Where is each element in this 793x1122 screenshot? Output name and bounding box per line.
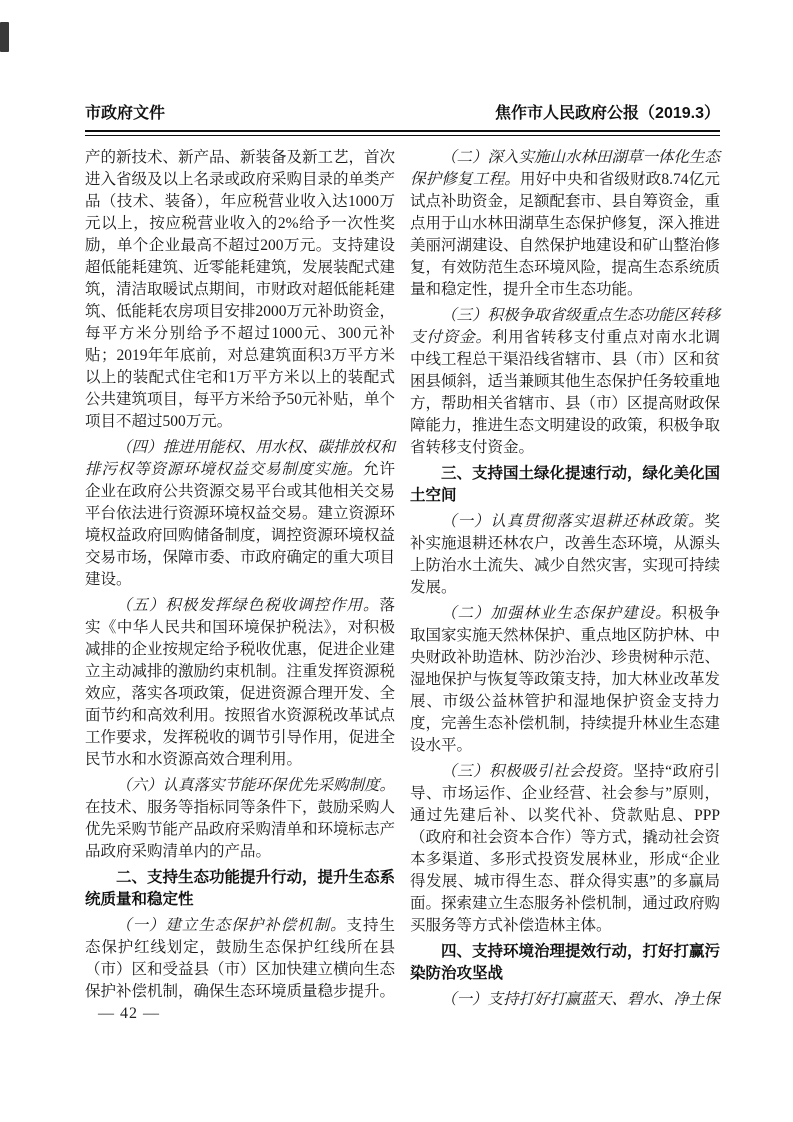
paragraph: （三）积极争取省级重点生态功能区转移支付资金。利用省转移支付重点对南水北调中线工… <box>410 305 720 459</box>
text-column-right: （二）深入实施山水林田湖草一体化生态保护修复工程。用好中央和省级财政8.74亿元… <box>410 147 720 1011</box>
page-number: — 42 — <box>98 1005 160 1023</box>
text-column-left: 产的新技术、新产品、新装备及新工艺，首次进入省级及以上名录或政府采购目录的单类产… <box>85 147 395 1011</box>
paragraph-text: 坚持“政府引导、市场运作、企业经营、社会参与”原则，通过先建后补、以奖代补、贷款… <box>410 763 720 934</box>
paragraph-lead: （四）推进用能权、用水权、碳排放权和排污权等资源环境权益交易制度实施。 <box>85 439 395 478</box>
paragraph-lead: （三）积极吸引社会投资。 <box>441 763 633 780</box>
paragraph: （一）认真贯彻落实退耕还林政策。奖补实施退耕还林农户，改善生态环境，从源头上防治… <box>410 511 720 599</box>
paragraph-lead: （一）支持打好打赢蓝天、碧水、净土保 <box>441 991 720 1008</box>
paragraph: （三）积极吸引社会投资。坚持“政府引导、市场运作、企业经营、社会参与”原则，通过… <box>410 761 720 937</box>
gazette-page: 市政府文件 焦作市人民政府公报（2019.3） 产的新技术、新产品、新装备及新工… <box>0 0 793 1122</box>
paragraph: （二）深入实施山水林田湖草一体化生态保护修复工程。用好中央和省级财政8.74亿元… <box>410 147 720 301</box>
paragraph-text: 积极争取国家实施天然林保护、重点地区防护林、中央财政补助造林、防沙治沙、珍贵树种… <box>410 605 720 754</box>
paragraph-lead: （五）积极发挥绿色税收调控作用。 <box>116 597 379 614</box>
section-heading: 四、支持环境治理提效行动，打好打赢污染防治攻坚战 <box>410 941 720 985</box>
paragraph-lead: （二）加强林业生态保护建设。 <box>441 605 672 622</box>
paragraph-lead: （一）认真贯彻落实退耕还林政策。 <box>441 513 704 530</box>
header-divider <box>85 130 720 136</box>
section-heading: 二、支持生态功能提升行动，提升生态系统质量和稳定性 <box>85 867 395 911</box>
scan-artifact <box>0 22 9 52</box>
header-left-title: 市政府文件 <box>85 100 165 123</box>
page-header: 市政府文件 焦作市人民政府公报（2019.3） <box>85 100 720 123</box>
paragraph-text: 产的新技术、新产品、新装备及新工艺，首次进入省级及以上名录或政府采购目录的单类产… <box>85 149 395 430</box>
paragraph: （六）认真落实节能环保优先采购制度。在技术、服务等指标同等条件下，鼓励采购人优先… <box>85 775 395 863</box>
header-right-title: 焦作市人民政府公报（2019.3） <box>495 100 720 123</box>
paragraph-lead: （一）建立生态保护补偿机制。 <box>116 917 347 934</box>
paragraph: 产的新技术、新产品、新装备及新工艺，首次进入省级及以上名录或政府采购目录的单类产… <box>85 147 395 433</box>
paragraph-text: 利用省转移支付重点对南水北调中线工程总干渠沿线省辖市、县（市）区和贫困县倾斜，适… <box>410 329 720 456</box>
paragraph: （五）积极发挥绿色税收调控作用。落实《中华人民共和国环境保护税法》，对积极减排的… <box>85 595 395 771</box>
paragraph: （四）推进用能权、用水权、碳排放权和排污权等资源环境权益交易制度实施。允许企业在… <box>85 437 395 591</box>
paragraph-text: 允许企业在政府公共资源交易平台或其他相关交易平台依法进行资源环境权益交易。建立资… <box>85 461 395 588</box>
paragraph: （一）建立生态保护补偿机制。支持生态保护红线划定，鼓励生态保护红线所在县（市）区… <box>85 915 395 1003</box>
paragraph-lead: （六）认真落实节能环保优先采购制度。 <box>116 777 395 794</box>
paragraph: （一）支持打好打赢蓝天、碧水、净土保 <box>410 989 720 1011</box>
section-heading: 三、支持国土绿化提速行动，绿化美化国土空间 <box>410 463 720 507</box>
paragraph: （二）加强林业生态保护建设。积极争取国家实施天然林保护、重点地区防护林、中央财政… <box>410 603 720 757</box>
document-body: 产的新技术、新产品、新装备及新工艺，首次进入省级及以上名录或政府采购目录的单类产… <box>85 147 720 1011</box>
paragraph-text: 落实《中华人民共和国环境保护税法》，对积极减排的企业按规定给予税收优惠，促进企业… <box>85 597 395 768</box>
paragraph-text: 在技术、服务等指标同等条件下，鼓励采购人优先采购节能产品政府采购清单和环境标志产… <box>85 799 395 860</box>
paragraph-text: 用好中央和省级财政8.74亿元试点补助资金，足额配套市、县自筹资金，重点用于山水… <box>410 171 720 298</box>
